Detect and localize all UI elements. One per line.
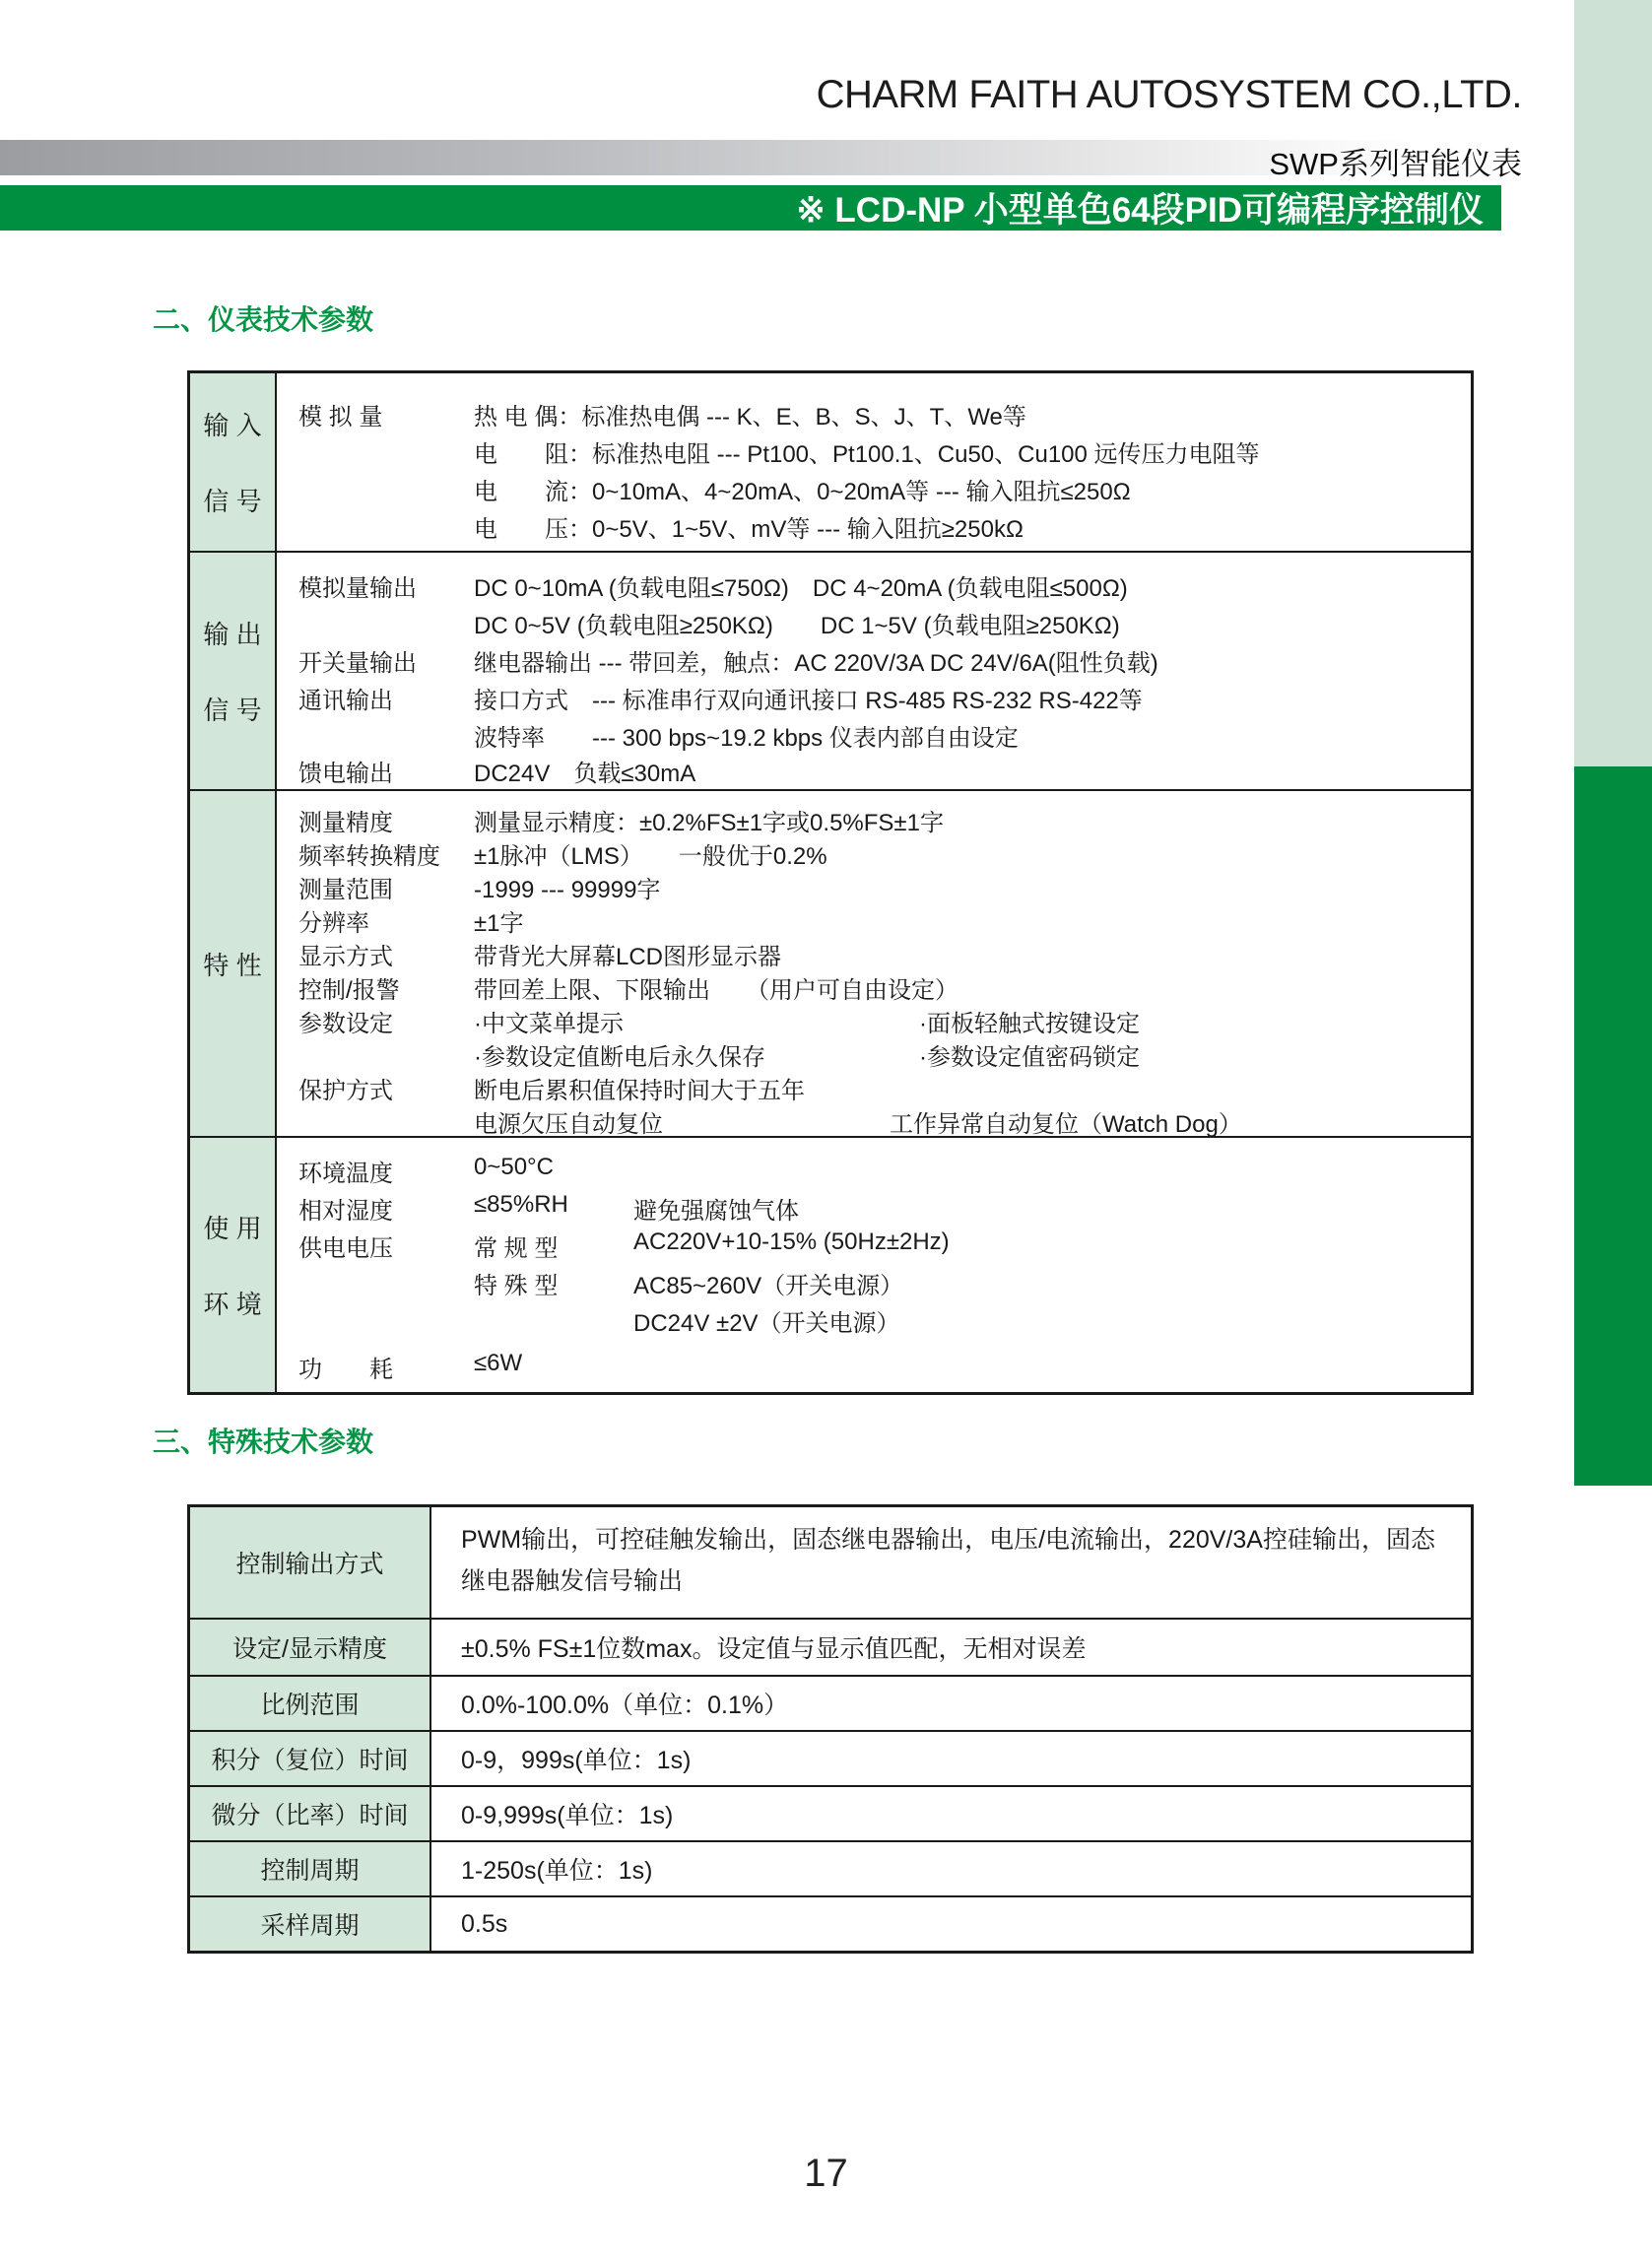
spec-line: DC24V 负载≤30mA (474, 754, 695, 788)
param-value-cell: ±0.5% FS±1位数max。设定值与显示值匹配，无相对误差 (431, 1620, 1471, 1675)
table-row: 控制周期 1-250s(单位：1s) (190, 1840, 1471, 1895)
table-row: 积分（复位）时间 0-9，999s(单位：1s) (190, 1730, 1471, 1785)
param-label-cell: 控制周期 (190, 1842, 431, 1895)
category-cell-environment: 使 用 环 境 (190, 1138, 277, 1392)
param-name: 环境温度 (298, 1154, 393, 1188)
spec-line: ±1字 (474, 903, 524, 938)
param-name: 保护方式 (298, 1071, 393, 1105)
param-value-cell: 0.0%-100.0%（单位：0.1%） (431, 1677, 1471, 1730)
spec-line: 电 阻：标准热电阻 --- Pt100、Pt100.1、Cu50、Cu100 远… (474, 434, 1260, 469)
spec-line: DC 0~5V (负载电阻≥250KΩ) DC 1~5V (负载电阻≥250KΩ… (474, 606, 1120, 640)
spec-line: 波特率 --- 300 bps~19.2 kbps 仪表内部自由设定 (474, 718, 1019, 753)
table-row-input-signal: 输 入 信 号 模 拟 量 热 电 偶：标准热电偶 --- K、E、B、S、J、… (190, 373, 1471, 551)
param-name: 控制/报警 (298, 970, 400, 1005)
category-cell-input-signal: 输 入 信 号 (190, 373, 277, 551)
spec-line: 带回差上限、下限输出 （用户可自由设定） (474, 970, 958, 1005)
param-value-cell: 0-9，999s(单位：1s) (431, 1732, 1471, 1785)
row-content: 环境温度 相对湿度 供电电压 功 耗 0~50°C ≤85%RH 常 规 型 特… (277, 1138, 1471, 1392)
category-label: 信 号 (203, 691, 261, 727)
param-value-cell: 0-9,999s(单位：1s) (431, 1787, 1471, 1840)
spec-line: ·中文菜单提示 (474, 1004, 624, 1038)
category-label: 输 出 (203, 615, 261, 651)
row-content: 模 拟 量 热 电 偶：标准热电偶 --- K、E、B、S、J、T、We等 电 … (277, 373, 1471, 551)
category-cell-output-signal: 输 出 信 号 (190, 553, 277, 789)
spec-line: 电 压：0~5V、1~5V、mV等 --- 输入阻抗≥250kΩ (474, 509, 1024, 544)
spec-value: 常 规 型 (474, 1228, 558, 1263)
param-label-cell: 积分（复位）时间 (190, 1732, 431, 1785)
param-name: 模 拟 量 (298, 397, 382, 431)
series-title: SWP系列智能仪表 (1269, 139, 1522, 183)
category-label: 输 入 (203, 406, 261, 442)
side-accent-strip-dark (1574, 766, 1652, 1486)
param-name: 通讯输出 (298, 681, 393, 715)
spec-value: 特 殊 型 (474, 1266, 558, 1300)
category-label: 使 用 (203, 1209, 261, 1245)
page-number: 17 (0, 2152, 1652, 2196)
spec-line: 带背光大屏幕LCD图形显示器 (474, 937, 781, 971)
table-row: 控制输出方式 PWM输出，可控硅触发输出，固态继电器输出，电压/电流输出，220… (190, 1507, 1471, 1618)
param-name: 测量范围 (298, 870, 393, 904)
special-params-table: 控制输出方式 PWM输出，可控硅触发输出，固态继电器输出，电压/电流输出，220… (187, 1504, 1474, 1954)
spec-line: 接口方式 --- 标准串行双向通讯接口 RS-485 RS-232 RS-422… (474, 681, 1143, 715)
spec-value: ≤6W (474, 1350, 522, 1377)
param-value-cell: 1-250s(单位：1s) (431, 1842, 1471, 1895)
spec-line: -1999 --- 99999字 (474, 870, 660, 904)
spec-value-right: AC220V+10-15% (50Hz±2Hz) (633, 1228, 950, 1256)
spec-line-right: ·参数设定值密码锁定 (919, 1037, 1140, 1072)
section3-title: 三、特殊技术参数 (153, 1421, 373, 1460)
catalog-page: CHARM FAITH AUTOSYSTEM CO.,LTD. SWP系列智能仪… (0, 0, 1652, 2257)
tech-params-table: 输 入 信 号 模 拟 量 热 电 偶：标准热电偶 --- K、E、B、S、J、… (187, 370, 1474, 1395)
table-row-features: 特 性 测量精度 频率转换精度 测量范围 分辨率 显示方式 控制/报警 参数设定… (190, 789, 1471, 1136)
product-banner: ※ LCD-NP 小型单色64段PID可编程序控制仪 (0, 185, 1501, 231)
spec-line: 电 流：0~10mA、4~20mA、0~20mA等 --- 输入阻抗≤250Ω (474, 472, 1131, 506)
param-name: 测量精度 (298, 803, 393, 837)
category-label: 环 境 (203, 1285, 261, 1321)
param-name: 参数设定 (298, 1004, 393, 1038)
param-name: 显示方式 (298, 937, 393, 971)
section2-title: 二、仪表技术参数 (153, 299, 373, 338)
param-name: 馈电输出 (298, 754, 393, 788)
param-name: 供电电压 (298, 1228, 393, 1263)
param-name: 模拟量输出 (298, 568, 417, 603)
company-name: CHARM FAITH AUTOSYSTEM CO.,LTD. (817, 73, 1522, 117)
param-name: 频率转换精度 (298, 836, 440, 871)
spec-line: 电源欠压自动复位 (474, 1104, 663, 1139)
param-label-cell: 采样周期 (190, 1897, 431, 1951)
spec-line: ·参数设定值断电后永久保存 (474, 1037, 765, 1072)
param-label-cell: 比例范围 (190, 1677, 431, 1730)
param-name: 开关量输出 (298, 643, 417, 678)
spec-line-right: 工作异常自动复位（Watch Dog） (890, 1104, 1242, 1139)
spec-line: PWM输出，可控硅触发输出，固态继电器输出，电压/电流输出，220V/3A控硅输… (461, 1519, 1471, 1560)
spec-line-right: ·面板轻触式按键设定 (919, 1004, 1140, 1038)
spec-value-right: AC85~260V（开关电源） (633, 1266, 903, 1300)
spec-line: 测量显示精度：±0.2%FS±1字或0.5%FS±1字 (474, 803, 944, 837)
param-value-cell: PWM输出，可控硅触发输出，固态继电器输出，电压/电流输出，220V/3A控硅输… (431, 1507, 1471, 1618)
param-label-cell: 设定/显示精度 (190, 1620, 431, 1675)
param-name: 功 耗 (298, 1350, 393, 1384)
param-label-cell: 控制输出方式 (190, 1507, 431, 1618)
table-row: 比例范围 0.0%-100.0%（单位：0.1%） (190, 1675, 1471, 1730)
spec-line: 热 电 偶：标准热电偶 --- K、E、B、S、J、T、We等 (474, 397, 1026, 431)
param-label-cell: 微分（比率）时间 (190, 1787, 431, 1840)
spec-value: ≤85%RH (474, 1191, 568, 1219)
category-label: 信 号 (203, 482, 261, 518)
category-cell-features: 特 性 (190, 791, 277, 1136)
table-row-output-signal: 输 出 信 号 模拟量输出 开关量输出 通讯输出 馈电输出 DC 0~10mA … (190, 551, 1471, 789)
table-row-environment: 使 用 环 境 环境温度 相对湿度 供电电压 功 耗 0~50°C ≤85%RH… (190, 1136, 1471, 1392)
param-name: 相对湿度 (298, 1191, 393, 1226)
spec-line: DC 0~10mA (负载电阻≤750Ω) DC 4~20mA (负载电阻≤50… (474, 568, 1128, 603)
spec-line: 断电后累积值保持时间大于五年 (474, 1071, 805, 1105)
spec-line: 继电器触发信号输出 (461, 1560, 1471, 1602)
table-row: 设定/显示精度 ±0.5% FS±1位数max。设定值与显示值匹配，无相对误差 (190, 1618, 1471, 1675)
param-value-cell: 0.5s (431, 1897, 1471, 1951)
row-content: 测量精度 频率转换精度 测量范围 分辨率 显示方式 控制/报警 参数设定 保护方… (277, 791, 1471, 1136)
row-content: 模拟量输出 开关量输出 通讯输出 馈电输出 DC 0~10mA (负载电阻≤75… (277, 553, 1471, 789)
table-row: 微分（比率）时间 0-9,999s(单位：1s) (190, 1785, 1471, 1840)
side-accent-strip-light (1574, 0, 1652, 766)
spec-line: 继电器输出 --- 带回差，触点：AC 220V/3A DC 24V/6A(阻性… (474, 643, 1158, 678)
spec-value-right: DC24V ±2V（开关电源） (633, 1303, 900, 1338)
table-row: 采样周期 0.5s (190, 1895, 1471, 1951)
category-label: 特 性 (203, 946, 261, 982)
param-name: 分辨率 (298, 903, 369, 938)
spec-value-right: 避免强腐蚀气体 (633, 1191, 799, 1226)
spec-line: ±1脉冲（LMS） 一般优于0.2% (474, 836, 827, 871)
spec-value: 0~50°C (474, 1154, 554, 1181)
